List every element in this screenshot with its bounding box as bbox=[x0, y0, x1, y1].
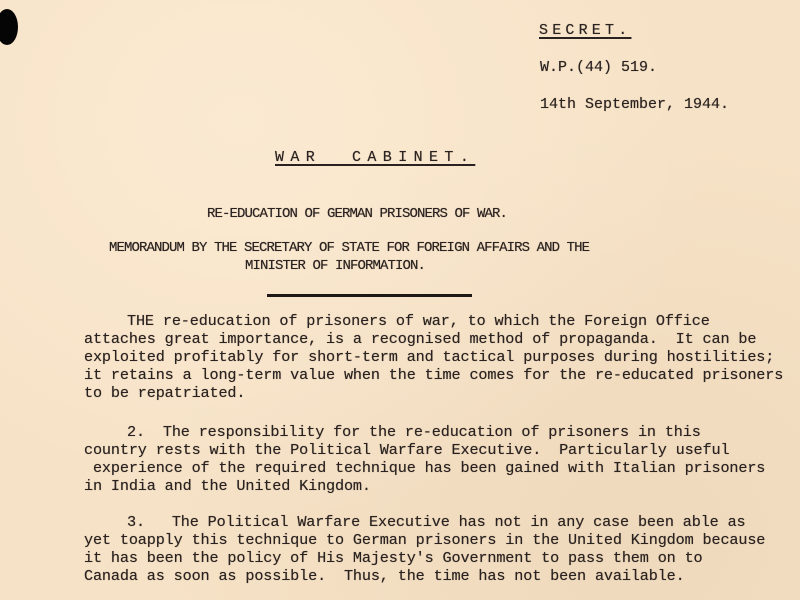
paragraph-line: country rests with the Political Warfare… bbox=[84, 442, 729, 459]
body-heading: WAR CABINET. bbox=[275, 149, 475, 166]
reference-number: W.P.(44) 519. bbox=[540, 59, 657, 76]
paragraph-line: to be repatriated. bbox=[84, 385, 245, 402]
paragraph-line: in India and the United Kingdom. bbox=[84, 478, 371, 495]
paragraph-line: 3. The Political Warfare Executive has n… bbox=[127, 514, 746, 531]
classification-label: SECRET. bbox=[539, 22, 631, 39]
document-page bbox=[0, 0, 800, 600]
paragraph-line: yet toapply this technique to German pri… bbox=[84, 532, 765, 549]
subject-title: RE-EDUCATION OF GERMAN PRISONERS OF WAR. bbox=[207, 206, 507, 223]
memorandum-line-1: MEMORANDUM BY THE SECRETARY OF STATE FOR… bbox=[109, 240, 589, 257]
paragraph-line: 2. The responsibility for the re-educati… bbox=[127, 424, 701, 441]
paragraph-line: Canada as soon as possible. Thus, the ti… bbox=[84, 568, 685, 585]
divider-rule bbox=[267, 294, 472, 297]
paragraph-line: experience of the required technique has… bbox=[84, 460, 765, 477]
memorandum-line-2: MINISTER OF INFORMATION. bbox=[245, 258, 425, 275]
document-date: 14th September, 1944. bbox=[540, 96, 729, 113]
paragraph-line: exploited profitably for short-term and … bbox=[84, 349, 774, 366]
paragraph-line: it has been the policy of His Majesty's … bbox=[84, 550, 703, 567]
paragraph-line: THE re-education of prisoners of war, to… bbox=[127, 313, 710, 330]
paragraph-line: it retains a long-term value when the ti… bbox=[84, 367, 783, 384]
paragraph-line: attaches great importance, is a recognis… bbox=[84, 331, 756, 348]
